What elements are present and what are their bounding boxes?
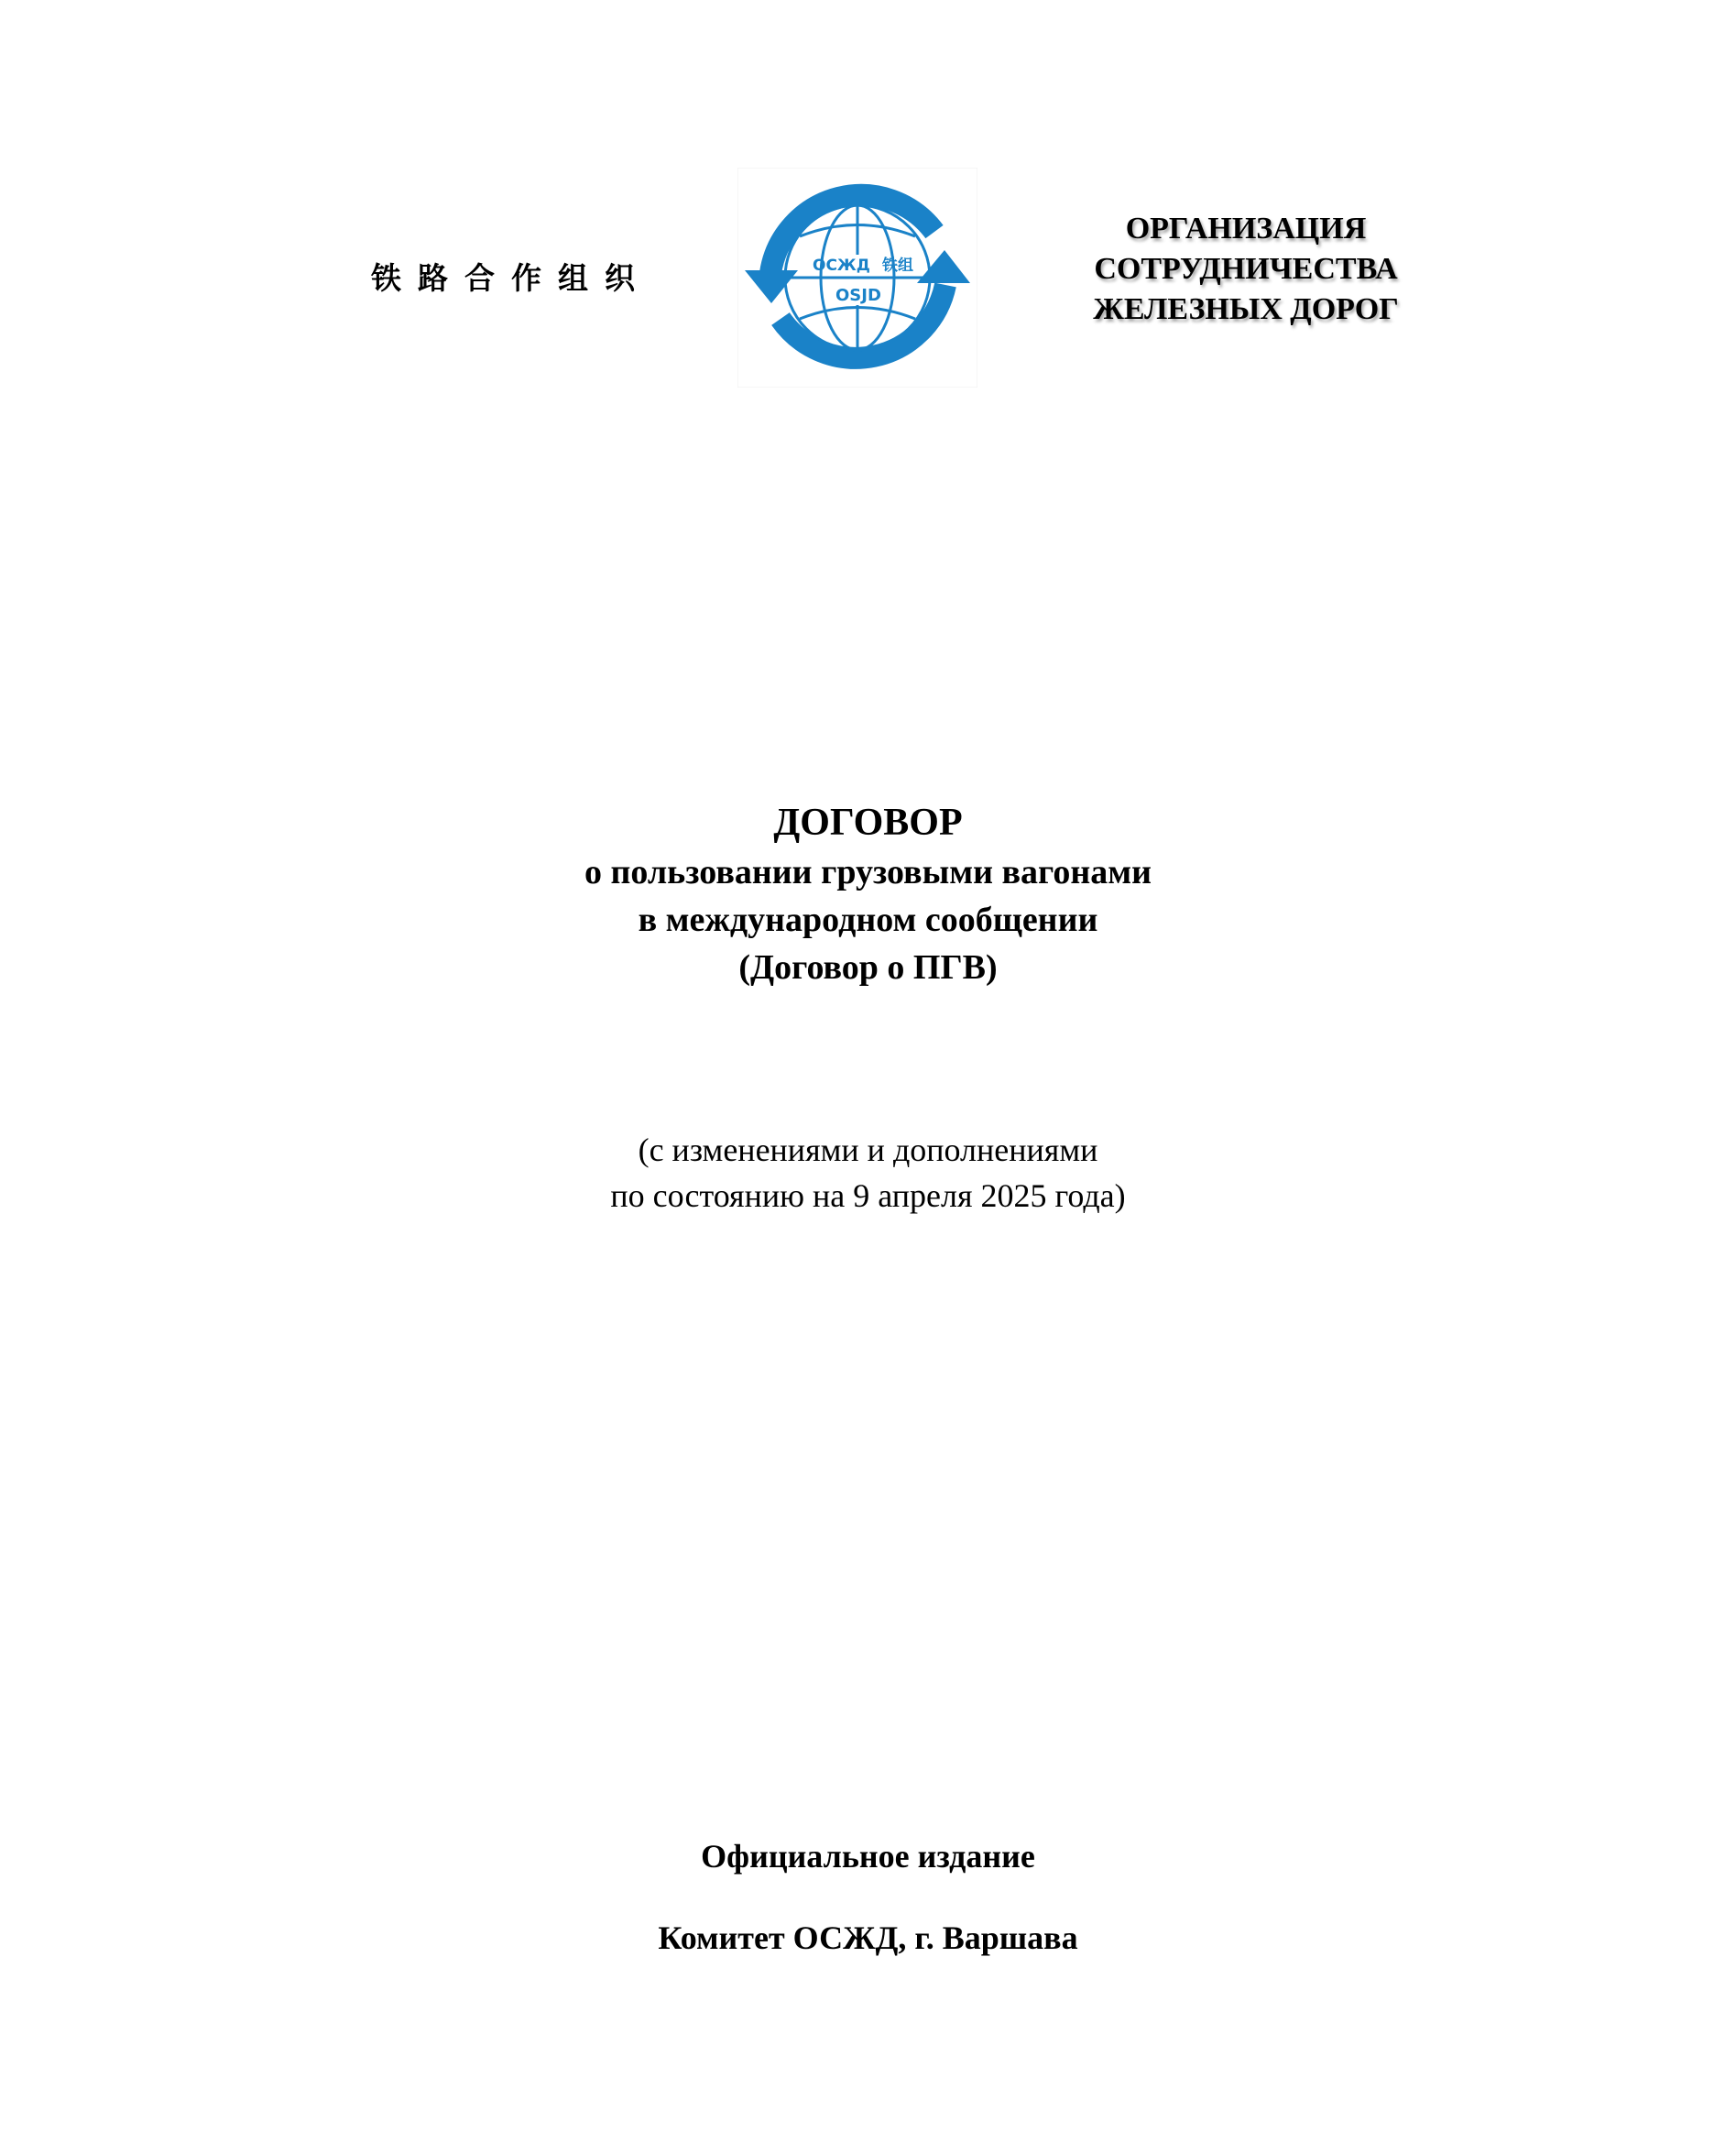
amendments-note: (с изменениями и дополнениями по состоян… bbox=[0, 1127, 1736, 1219]
title-main: ДОГОВОР bbox=[0, 797, 1736, 848]
org-name-chinese: 铁路合作组织 bbox=[371, 255, 646, 298]
org-name-line-1: ОРГАНИЗАЦИЯ bbox=[1054, 209, 1438, 249]
osjd-globe-logo-icon: ОСЖД 铁组 OSJD bbox=[737, 168, 977, 388]
svg-text:铁组: 铁组 bbox=[881, 256, 913, 275]
org-name-line-2: СОТРУДНИЧЕСТВА bbox=[1054, 249, 1438, 290]
title-line-3: (Договор о ПГВ) bbox=[0, 944, 1736, 991]
org-name-line-3: ЖЕЛЕЗНЫХ ДОРОГ bbox=[1054, 290, 1438, 330]
osjd-logo: ОСЖД 铁组 OSJD bbox=[737, 168, 977, 388]
publisher-label: Комитет ОСЖД, г. Варшава bbox=[0, 1916, 1736, 1960]
org-name-russian: ОРГАНИЗАЦИЯ СОТРУДНИЧЕСТВА ЖЕЛЕЗНЫХ ДОРО… bbox=[1054, 209, 1438, 330]
title-line-1: о пользовании грузовыми вагонами bbox=[0, 848, 1736, 896]
edition-label: Официальное издание bbox=[0, 1834, 1736, 1878]
amendments-line-2: по состоянию на 9 апреля 2025 года) bbox=[0, 1173, 1736, 1219]
document-title: ДОГОВОР о пользовании грузовыми вагонами… bbox=[0, 797, 1736, 991]
amendments-line-1: (с изменениями и дополнениями bbox=[0, 1127, 1736, 1173]
title-line-2: в международном сообщении bbox=[0, 896, 1736, 944]
svg-text:OSJD: OSJD bbox=[835, 286, 881, 305]
svg-text:ОСЖД: ОСЖД bbox=[813, 257, 870, 275]
